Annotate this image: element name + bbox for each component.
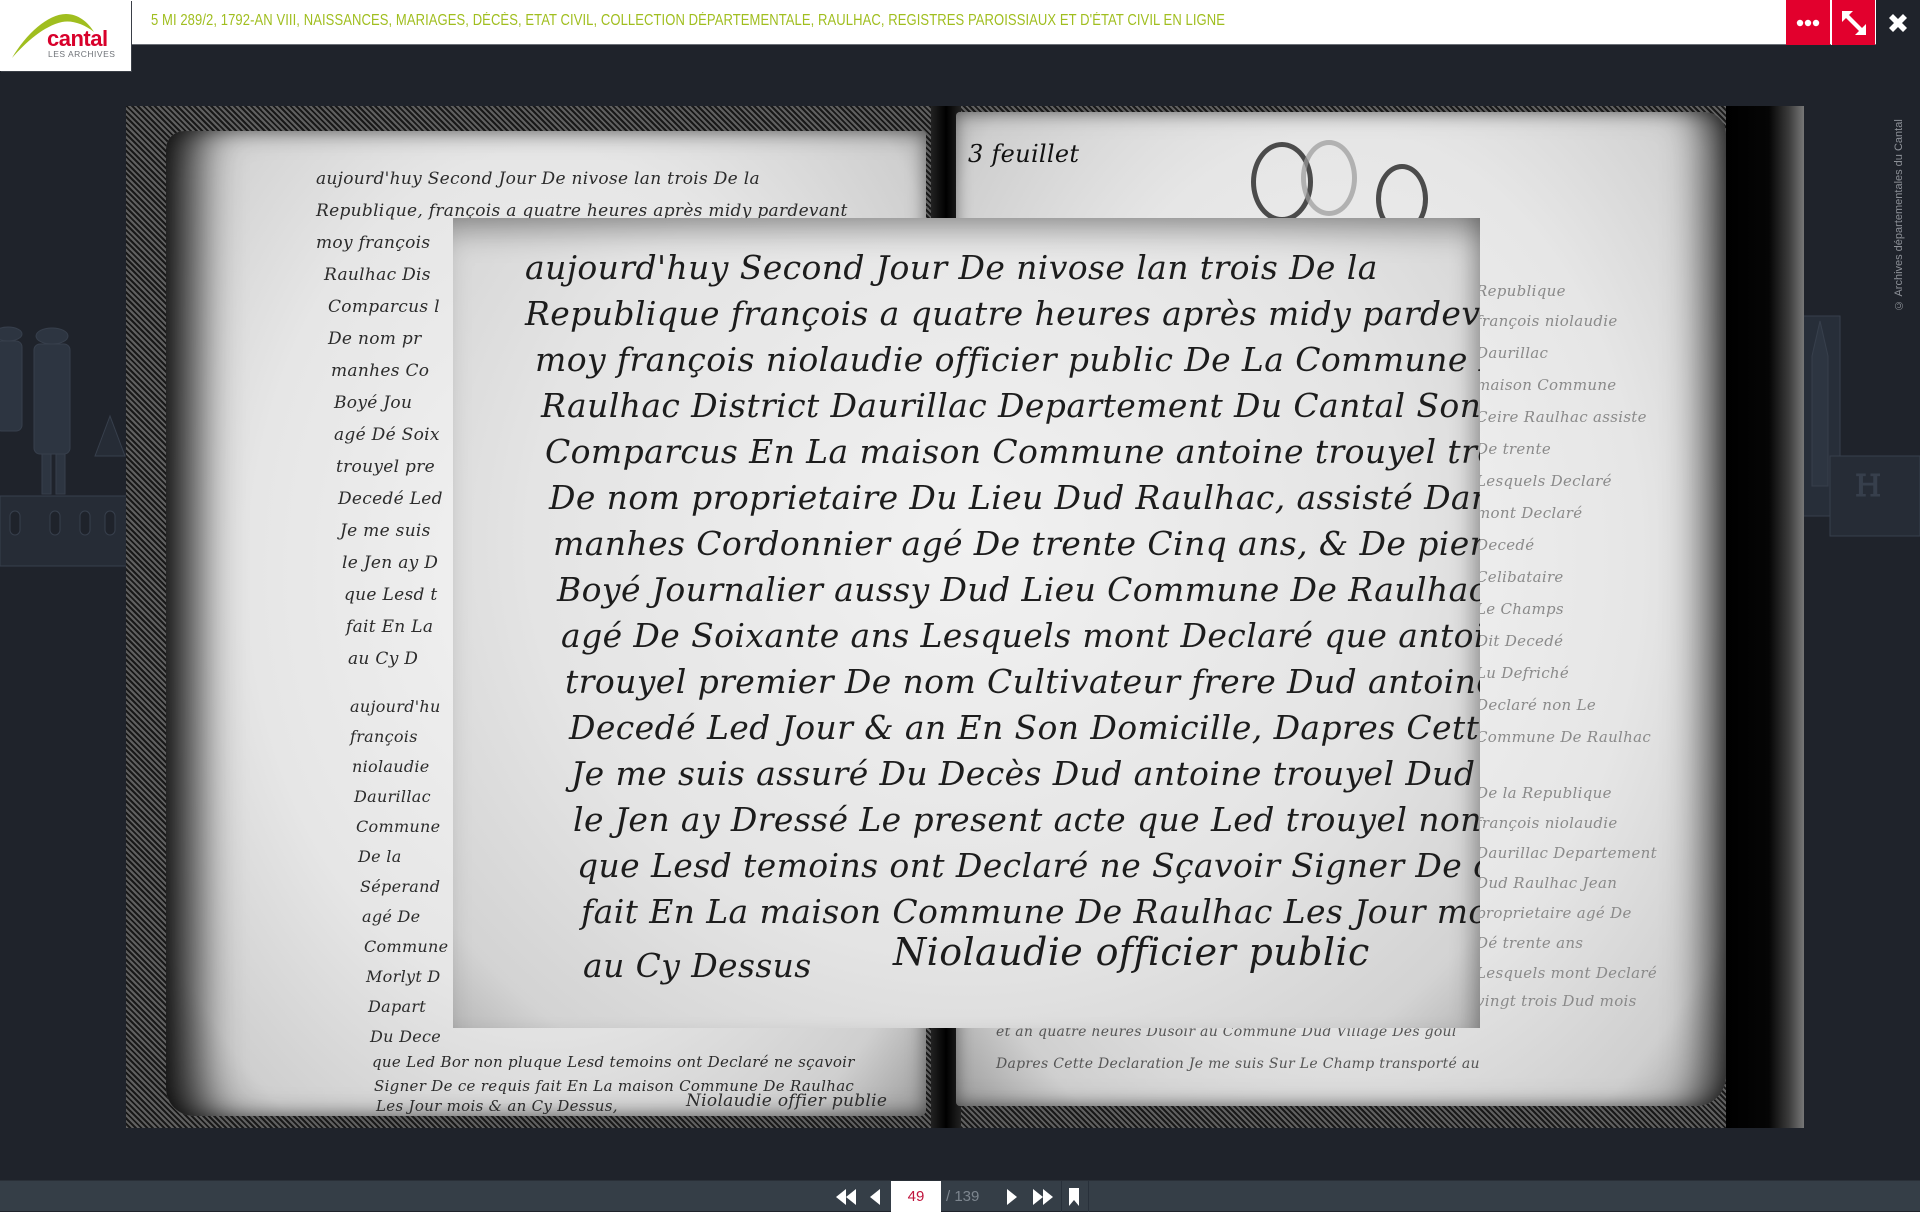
logo-subtitle: LES ARCHIVES xyxy=(48,49,115,59)
handwriting-line: agé De xyxy=(362,907,420,926)
double-chevron-right-icon xyxy=(1032,1188,1054,1206)
magnified-line: moy françois niolaudie officier public D… xyxy=(535,340,1480,379)
handwriting-line: Dud Raulhac Jean xyxy=(1476,874,1617,892)
handwriting-line: trouyel pre xyxy=(336,457,435,477)
handwriting-line: maison Commune xyxy=(1476,376,1616,394)
bookmark-button[interactable] xyxy=(1064,1181,1084,1211)
handwriting-line: Lesquels Declaré xyxy=(1476,472,1612,490)
handwriting-line: niolaudie xyxy=(352,757,430,776)
handwriting-line: Celibataire xyxy=(1476,568,1564,586)
book-cover-edge xyxy=(1726,106,1804,1128)
handwriting-line: Lu Defriché xyxy=(1476,664,1569,682)
handwriting-line: au Cy D xyxy=(348,649,418,669)
toolbar-divider xyxy=(1061,1181,1062,1211)
handwriting-line: fait En La xyxy=(346,617,433,637)
previous-page-button[interactable] xyxy=(863,1181,887,1211)
handwriting-line: le Jen ay D xyxy=(342,553,438,573)
handwriting-line: Decedé xyxy=(1476,536,1534,554)
close-button[interactable] xyxy=(1876,0,1920,45)
handwriting-line: Dapres Cette Declaration Je me suis Sur … xyxy=(996,1056,1480,1072)
magnified-line: De nom proprietaire Du Lieu Dud Raulhac,… xyxy=(549,478,1480,517)
handwriting-line: Le Champs xyxy=(1476,600,1564,618)
first-page-button[interactable] xyxy=(831,1181,861,1211)
magnified-signature: Niolaudie officier public xyxy=(893,930,1370,974)
page-number-input[interactable] xyxy=(891,1181,941,1211)
handwriting-line: françois niolaudie xyxy=(1476,312,1618,330)
handwriting-line: que Led Bor non pluque Lesd temoins ont … xyxy=(372,1053,855,1071)
double-chevron-left-icon xyxy=(835,1188,857,1206)
handwriting-line: De trente xyxy=(1476,440,1551,458)
handwriting-line: aujourd'hu xyxy=(350,697,441,716)
magnified-line: trouyel premier De nom Cultivateur frere… xyxy=(565,662,1480,701)
magnified-line: Decedé Led Jour & an En Son Domicille, D… xyxy=(569,708,1480,747)
magnified-line: fait En La maison Commune De Raulhac Les… xyxy=(581,892,1480,931)
magnified-line: Boyé Journalier aussy Dud Lieu Commune D… xyxy=(557,570,1480,609)
handwriting-line: Les Jour mois & an Cy Dessus, xyxy=(376,1097,618,1115)
handwriting-line: Raulhac Dis xyxy=(324,265,431,285)
seal-stamp-ghost-icon xyxy=(1301,140,1357,216)
handwriting-line: françois niolaudie xyxy=(1476,814,1618,832)
handwriting-line: françois xyxy=(350,727,418,746)
folio-number: 3 feuillet xyxy=(968,140,1079,168)
expand-arrows-icon xyxy=(1840,9,1868,37)
bookmark-icon xyxy=(1068,1187,1080,1207)
handwriting-line: Je me suis xyxy=(340,521,431,541)
next-page-button[interactable] xyxy=(1000,1181,1024,1211)
handwriting-line: mont Declaré xyxy=(1476,504,1582,522)
handwriting-line: Dit Decedé xyxy=(1476,632,1563,650)
more-options-button[interactable] xyxy=(1786,0,1830,45)
handwriting-line: Dapart xyxy=(368,997,426,1016)
magnified-line: Republique françois a quatre heures aprè… xyxy=(525,294,1480,333)
handwriting-line: Republique xyxy=(1476,282,1566,300)
handwriting-line: Decedé Led xyxy=(338,489,443,509)
handwriting-line: manhes Co xyxy=(331,361,429,381)
signature: Niolaudie offier publie xyxy=(686,1091,887,1111)
copyright-notice: © Archives départementales du Cantal xyxy=(1893,76,1905,311)
header-bar: cantal LES ARCHIVES 5 MI 289/2, 1792-AN … xyxy=(0,0,1920,45)
handwriting-line: Boyé Jou xyxy=(334,393,412,413)
ellipsis-icon xyxy=(1796,19,1820,27)
handwriting-line: aujourd'huy Second Jour De nivose lan tr… xyxy=(316,169,760,189)
handwriting-line: Daurillac xyxy=(1476,344,1548,362)
handwriting-line: De nom pr xyxy=(328,329,422,349)
image-viewer[interactable]: H © Archives départementales du Cantal a… xyxy=(0,46,1920,1180)
handwriting-line: De la Republique xyxy=(1476,784,1612,802)
fullscreen-button[interactable] xyxy=(1831,0,1875,45)
handwriting-line: Declaré non Le xyxy=(1476,696,1596,714)
handwriting-line: De la xyxy=(358,847,402,866)
last-page-button[interactable] xyxy=(1028,1181,1058,1211)
handwriting-line: agé Dé Soix xyxy=(334,425,440,445)
handwriting-line: moy françois xyxy=(316,233,430,253)
magnified-line: agé De Soixante ans Lesquels mont Declar… xyxy=(561,616,1480,655)
magnified-line: Raulhac District Daurillac Departement D… xyxy=(541,386,1480,425)
pagination-toolbar: / 139 xyxy=(0,1180,1920,1211)
toolbar-divider xyxy=(1088,1181,1089,1211)
handwriting-line: Morlyt D xyxy=(366,967,441,986)
chevron-right-icon xyxy=(1006,1188,1018,1206)
handwriting-line: Ceire Raulhac assiste xyxy=(1476,408,1647,426)
handwriting-line: Daurillac xyxy=(354,787,431,806)
magnifier-lens[interactable]: aujourd'huy Second Jour De nivose lan tr… xyxy=(453,218,1480,1028)
cantal-archives-logo[interactable]: cantal LES ARCHIVES xyxy=(0,0,131,71)
chevron-left-icon xyxy=(869,1188,881,1206)
magnified-line: Je me suis assuré Du Decès Dud antoine t… xyxy=(571,754,1480,793)
handwriting-line: Comparcus l xyxy=(328,297,440,317)
handwriting-line: que Lesd t xyxy=(344,585,438,605)
handwriting-line: Dé trente ans xyxy=(1476,934,1583,952)
magnified-line: au Cy Dessus xyxy=(583,946,812,985)
svg-text:H: H xyxy=(1855,469,1881,504)
magnified-line: manhes Cordonnier agé De trente Cinq ans… xyxy=(553,524,1480,563)
handwriting-line: Du Dece xyxy=(370,1027,441,1046)
handwriting-line: Commune De Raulhac xyxy=(1476,728,1651,746)
handwriting-line: Séperand xyxy=(360,877,440,896)
magnified-line: le Jen ay Dressé Le present acte que Led… xyxy=(573,800,1480,839)
handwriting-line: vingt trois Dud mois xyxy=(1476,992,1637,1010)
close-x-icon xyxy=(1886,11,1910,35)
page-total: / 139 xyxy=(946,1188,979,1205)
background-illustration-left-icon xyxy=(0,296,130,596)
handwriting-line: Daurillac Departement xyxy=(1476,844,1657,862)
document-title: 5 MI 289/2, 1792-AN VIII, NAISSANCES, MA… xyxy=(151,12,1225,30)
handwriting-line: Commune xyxy=(364,937,448,956)
magnified-line: Comparcus En La maison Commune antoine t… xyxy=(545,432,1480,471)
magnified-line: que Lesd temoins ont Declaré ne Sçavoir … xyxy=(577,846,1480,885)
background-illustration-right-icon: H xyxy=(1800,296,1920,596)
handwriting-line: Lesquels mont Declaré xyxy=(1476,964,1657,982)
handwriting-line: Commune xyxy=(356,817,440,836)
magnified-line: aujourd'huy Second Jour De nivose lan tr… xyxy=(525,248,1378,287)
handwriting-line: proprietaire agé De xyxy=(1476,904,1632,922)
